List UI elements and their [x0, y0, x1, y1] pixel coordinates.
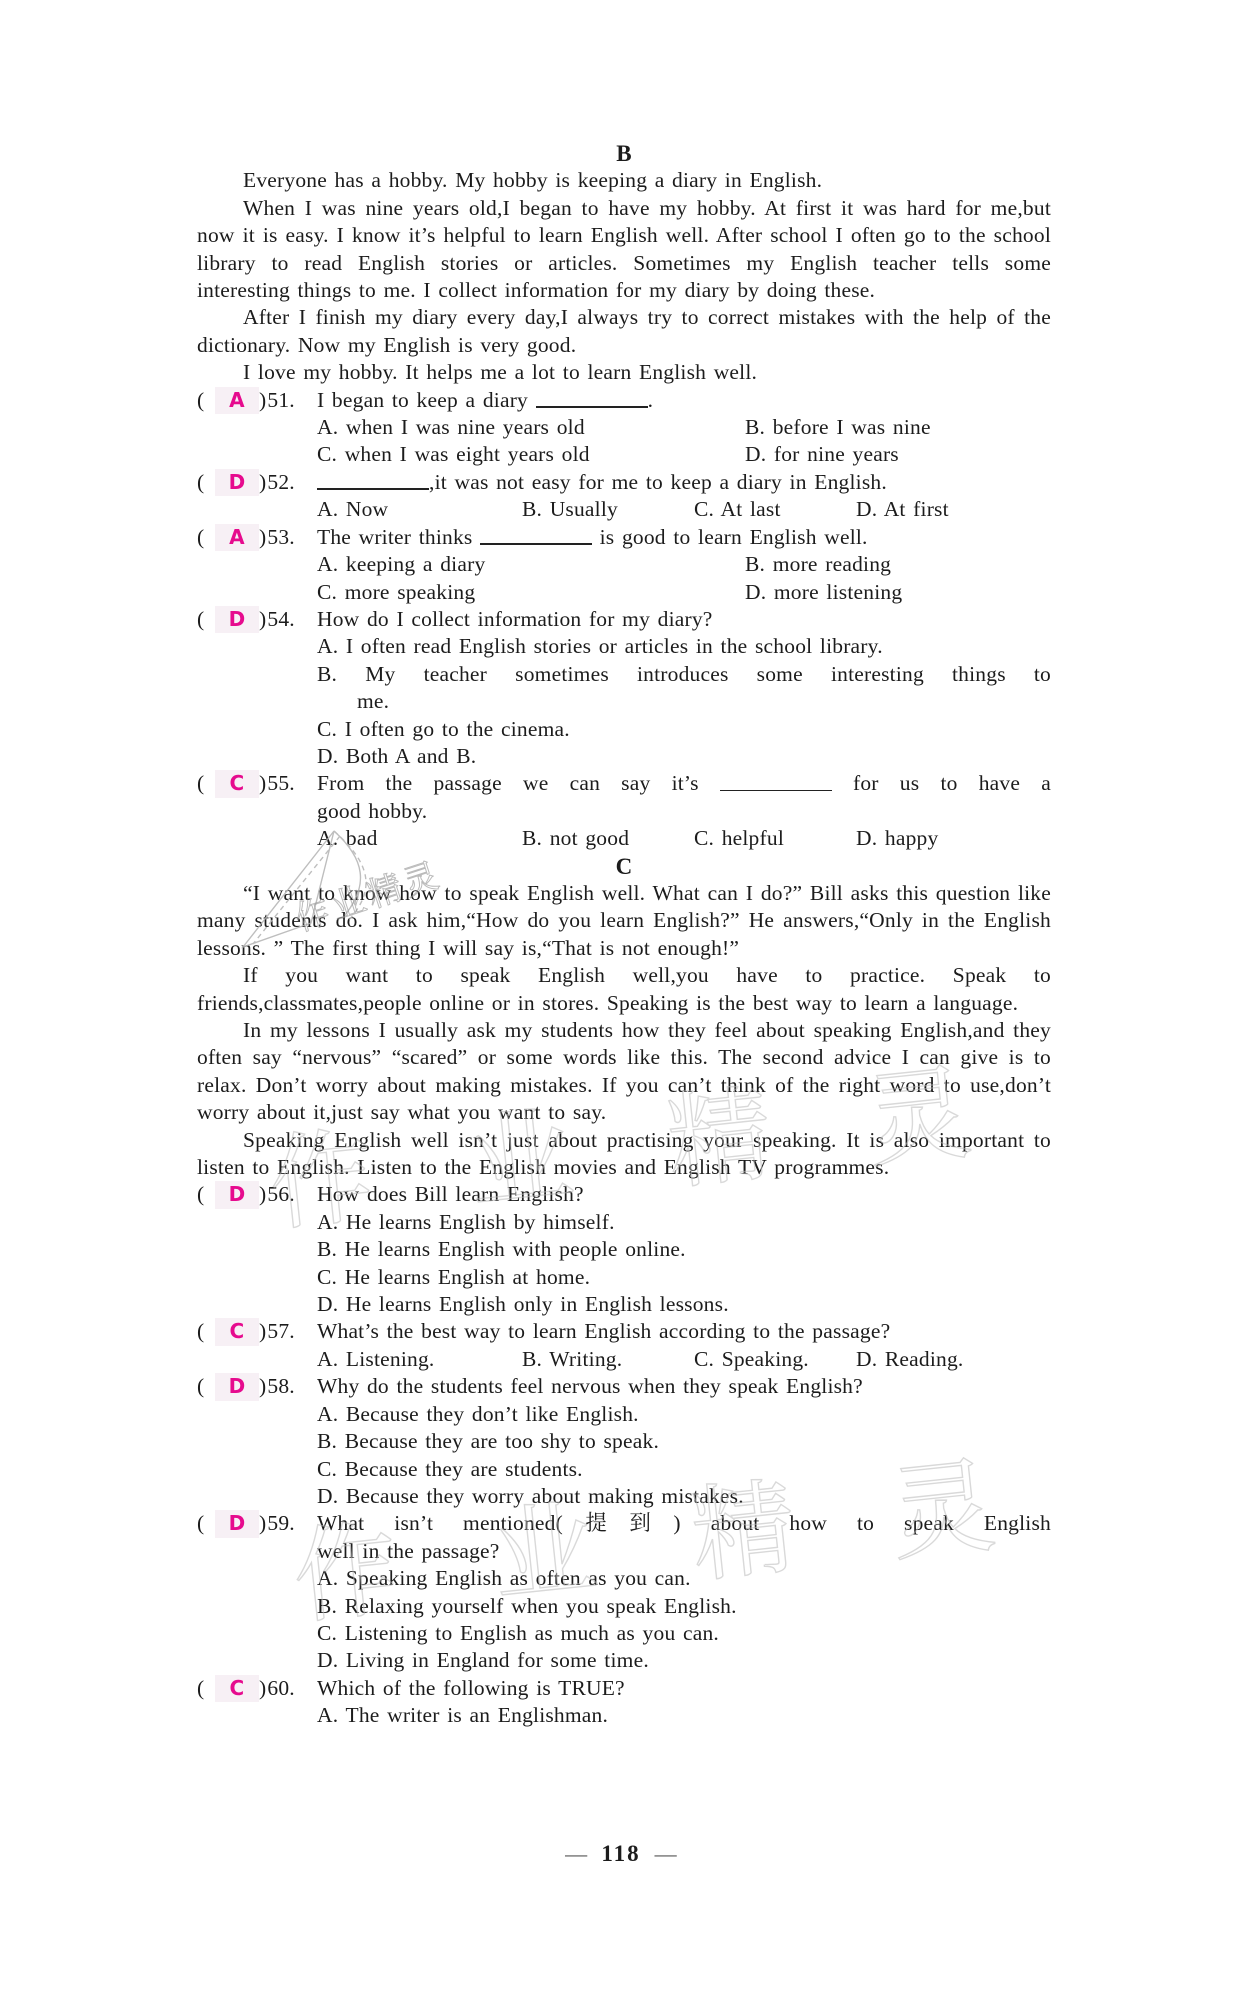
option-item: B. Usually	[522, 496, 694, 523]
question-text: Why do the students feel nervous when th…	[317, 1373, 1051, 1400]
options-row: A. Listening.B. Writing.C. Speaking.D. R…	[317, 1346, 1051, 1373]
question-row: (D)56.How does Bill learn English?A. He …	[197, 1181, 1051, 1318]
footer-left-dash: —	[551, 1841, 601, 1866]
option-item: A. keeping a diary	[317, 551, 745, 578]
question-number: 51.	[266, 387, 294, 414]
option-item: C. Speaking.	[694, 1346, 856, 1373]
answer-marker: (D)58.	[197, 1373, 317, 1400]
question-text: The writer thinks is good to learn Engli…	[317, 524, 1051, 551]
option-item: D. He learns English only in English les…	[317, 1291, 1051, 1318]
question-body: The writer thinks is good to learn Engli…	[317, 524, 1051, 606]
section-heading-b: B	[197, 140, 1051, 167]
passage-paragraph: I love my hobby. It helps me a lot to le…	[197, 359, 1051, 386]
open-paren: (	[197, 1181, 215, 1208]
close-paren: )	[259, 1373, 266, 1400]
answer-letter: C	[215, 1675, 259, 1702]
close-paren: )	[259, 387, 266, 414]
answer-marker: (D)59.	[197, 1510, 317, 1537]
option-item: B. not good	[522, 825, 694, 852]
question-number: 54.	[266, 606, 294, 633]
open-paren: (	[197, 1373, 215, 1400]
open-paren: (	[197, 1675, 215, 1702]
answer-marker: (A)53.	[197, 524, 317, 551]
option-item: D. more listening	[745, 579, 1051, 606]
answer-marker: (C)57.	[197, 1318, 317, 1345]
option-item: C. I often go to the cinema.	[317, 716, 1051, 743]
question-number: 55.	[266, 770, 294, 797]
question-body: What’s the best way to learn English acc…	[317, 1318, 1051, 1373]
question-body: What isn’t mentioned(提到) about how to sp…	[317, 1510, 1051, 1674]
answer-letter: D	[215, 1181, 259, 1208]
options-row: A. badB. not goodC. helpfulD. happy	[317, 825, 1051, 852]
option-item: D. Living in England for some time.	[317, 1647, 1051, 1674]
question-row: (C)55.From the passage we can say it’s f…	[197, 770, 1051, 852]
answer-blank	[720, 790, 832, 792]
option-item: C. Listening to English as much as you c…	[317, 1620, 1051, 1647]
answer-marker: (D)54.	[197, 606, 317, 633]
answer-letter: A	[215, 387, 259, 414]
option-item: A. I often read English stories or artic…	[317, 633, 1051, 660]
answer-blank	[480, 543, 592, 545]
answer-marker: (C)60.	[197, 1675, 317, 1702]
close-paren: )	[259, 770, 266, 797]
scanned-workbook-page: BEveryone has a hobby. My hobby is keepi…	[0, 0, 1242, 2008]
option-item: D. Both A and B.	[317, 743, 1051, 770]
option-item: A. bad	[317, 825, 522, 852]
open-paren: (	[197, 387, 215, 414]
question-row: (A)51.I began to keep a diary .A. when I…	[197, 387, 1051, 469]
question-text: From the passage we can say it’s for us …	[317, 770, 1051, 797]
question-text: How do I collect information for my diar…	[317, 606, 1051, 633]
question-body: How do I collect information for my diar…	[317, 606, 1051, 770]
page-content: BEveryone has a hobby. My hobby is keepi…	[197, 140, 1051, 1730]
option-item: D. Reading.	[856, 1346, 1051, 1373]
option-item: D. At first	[856, 496, 1051, 523]
option-item: C. helpful	[694, 825, 856, 852]
answer-letter: C	[215, 770, 259, 797]
question-body: Which of the following is TRUE?A. The wr…	[317, 1675, 1051, 1730]
question-number: 60.	[266, 1675, 294, 1702]
question-row: (D)54.How do I collect information for m…	[197, 606, 1051, 770]
question-number: 56.	[266, 1181, 294, 1208]
open-paren: (	[197, 606, 215, 633]
question-body: From the passage we can say it’s for us …	[317, 770, 1051, 852]
question-text: How does Bill learn English?	[317, 1181, 1051, 1208]
question-body: I began to keep a diary .A. when I was n…	[317, 387, 1051, 469]
question-row: (C)57.What’s the best way to learn Engli…	[197, 1318, 1051, 1373]
answer-marker: (D)52.	[197, 469, 317, 496]
question-text: ,it was not easy for me to keep a diary …	[317, 469, 1051, 496]
question-text: Which of the following is TRUE?	[317, 1675, 1051, 1702]
question-row: (D)58.Why do the students feel nervous w…	[197, 1373, 1051, 1510]
option-item: B. Writing.	[522, 1346, 694, 1373]
page-number: 118	[601, 1841, 640, 1866]
question-text: What’s the best way to learn English acc…	[317, 1318, 1051, 1345]
option-item: me.	[317, 688, 1051, 715]
section-heading-c: C	[197, 853, 1051, 880]
option-item: C. Because they are students.	[317, 1456, 1051, 1483]
answer-blank	[317, 488, 429, 490]
answer-letter: D	[215, 469, 259, 496]
question-text: What isn’t mentioned(提到) about how to sp…	[317, 1510, 1051, 1537]
passage-paragraph: After I finish my diary every day,I alwa…	[197, 304, 1051, 359]
close-paren: )	[259, 1510, 266, 1537]
option-item: A. when I was nine years old	[317, 414, 745, 441]
passage-paragraph: If you want to speak English well,you ha…	[197, 962, 1051, 1017]
open-paren: (	[197, 770, 215, 797]
option-item: D. Because they worry about making mista…	[317, 1483, 1051, 1510]
answer-marker: (D)56.	[197, 1181, 317, 1208]
question-text: I began to keep a diary .	[317, 387, 1051, 414]
question-body: How does Bill learn English?A. He learns…	[317, 1181, 1051, 1318]
option-item: C. At last	[694, 496, 856, 523]
answer-letter: D	[215, 606, 259, 633]
option-item: A. Listening.	[317, 1346, 522, 1373]
question-row: (C)60.Which of the following is TRUE?A. …	[197, 1675, 1051, 1730]
close-paren: )	[259, 524, 266, 551]
option-item: B. He learns English with people online.	[317, 1236, 1051, 1263]
close-paren: )	[259, 1675, 266, 1702]
option-item: A. The writer is an Englishman.	[317, 1702, 1051, 1729]
open-paren: (	[197, 1318, 215, 1345]
option-item: A. Speaking English as often as you can.	[317, 1565, 1051, 1592]
option-item: C. when I was eight years old	[317, 441, 745, 468]
close-paren: )	[259, 469, 266, 496]
open-paren: (	[197, 1510, 215, 1537]
option-item: B. Because they are too shy to speak.	[317, 1428, 1051, 1455]
answer-marker: (C)55.	[197, 770, 317, 797]
passage-paragraph: “I want to know how to speak English wel…	[197, 880, 1051, 962]
question-number: 58.	[266, 1373, 294, 1400]
question-row: (D)52.,it was not easy for me to keep a …	[197, 469, 1051, 524]
passage-paragraph: When I was nine years old,I began to hav…	[197, 195, 1051, 305]
footer-right-dash: —	[641, 1841, 691, 1866]
passage-paragraph: Everyone has a hobby. My hobby is keepin…	[197, 167, 1051, 194]
question-number: 52.	[266, 469, 294, 496]
option-item: C. more speaking	[317, 579, 745, 606]
option-item: A. He learns English by himself.	[317, 1209, 1051, 1236]
question-number: 57.	[266, 1318, 294, 1345]
open-paren: (	[197, 469, 215, 496]
question-row: (D)59.What isn’t mentioned(提到) about how…	[197, 1510, 1051, 1674]
answer-letter: D	[215, 1373, 259, 1400]
passage-paragraph: Speaking English well isn’t just about p…	[197, 1127, 1051, 1182]
question-number: 53.	[266, 524, 294, 551]
question-number: 59.	[266, 1510, 294, 1537]
answer-blank	[536, 406, 648, 408]
option-item: A. Because they don’t like English.	[317, 1401, 1051, 1428]
question-body: ,it was not easy for me to keep a diary …	[317, 469, 1051, 524]
question-body: Why do the students feel nervous when th…	[317, 1373, 1051, 1510]
close-paren: )	[259, 606, 266, 633]
answer-letter: D	[215, 1510, 259, 1537]
passage-paragraph: In my lessons I usually ask my students …	[197, 1017, 1051, 1127]
question-text: well in the passage?	[317, 1538, 1051, 1565]
options-grid: A. keeping a diaryB. more readingC. more…	[317, 551, 1051, 606]
close-paren: )	[259, 1318, 266, 1345]
option-item: B. more reading	[745, 551, 1051, 578]
options-grid: A. when I was nine years oldB. before I …	[317, 414, 1051, 469]
close-paren: )	[259, 1181, 266, 1208]
option-item: D. for nine years	[745, 441, 1051, 468]
option-item: B. My teacher sometimes introduces some …	[317, 661, 1051, 688]
options-row: A. NowB. UsuallyC. At lastD. At first	[317, 496, 1051, 523]
answer-marker: (A)51.	[197, 387, 317, 414]
page-footer: —118—	[0, 1840, 1242, 1867]
option-item: B. before I was nine	[745, 414, 1051, 441]
answer-letter: C	[215, 1318, 259, 1345]
open-paren: (	[197, 524, 215, 551]
option-item: C. He learns English at home.	[317, 1264, 1051, 1291]
question-text: good hobby.	[317, 798, 1051, 825]
question-row: (A)53.The writer thinks is good to learn…	[197, 524, 1051, 606]
option-item: D. happy	[856, 825, 1051, 852]
option-item: B. Relaxing yourself when you speak Engl…	[317, 1593, 1051, 1620]
option-item: A. Now	[317, 496, 522, 523]
answer-letter: A	[215, 524, 259, 551]
